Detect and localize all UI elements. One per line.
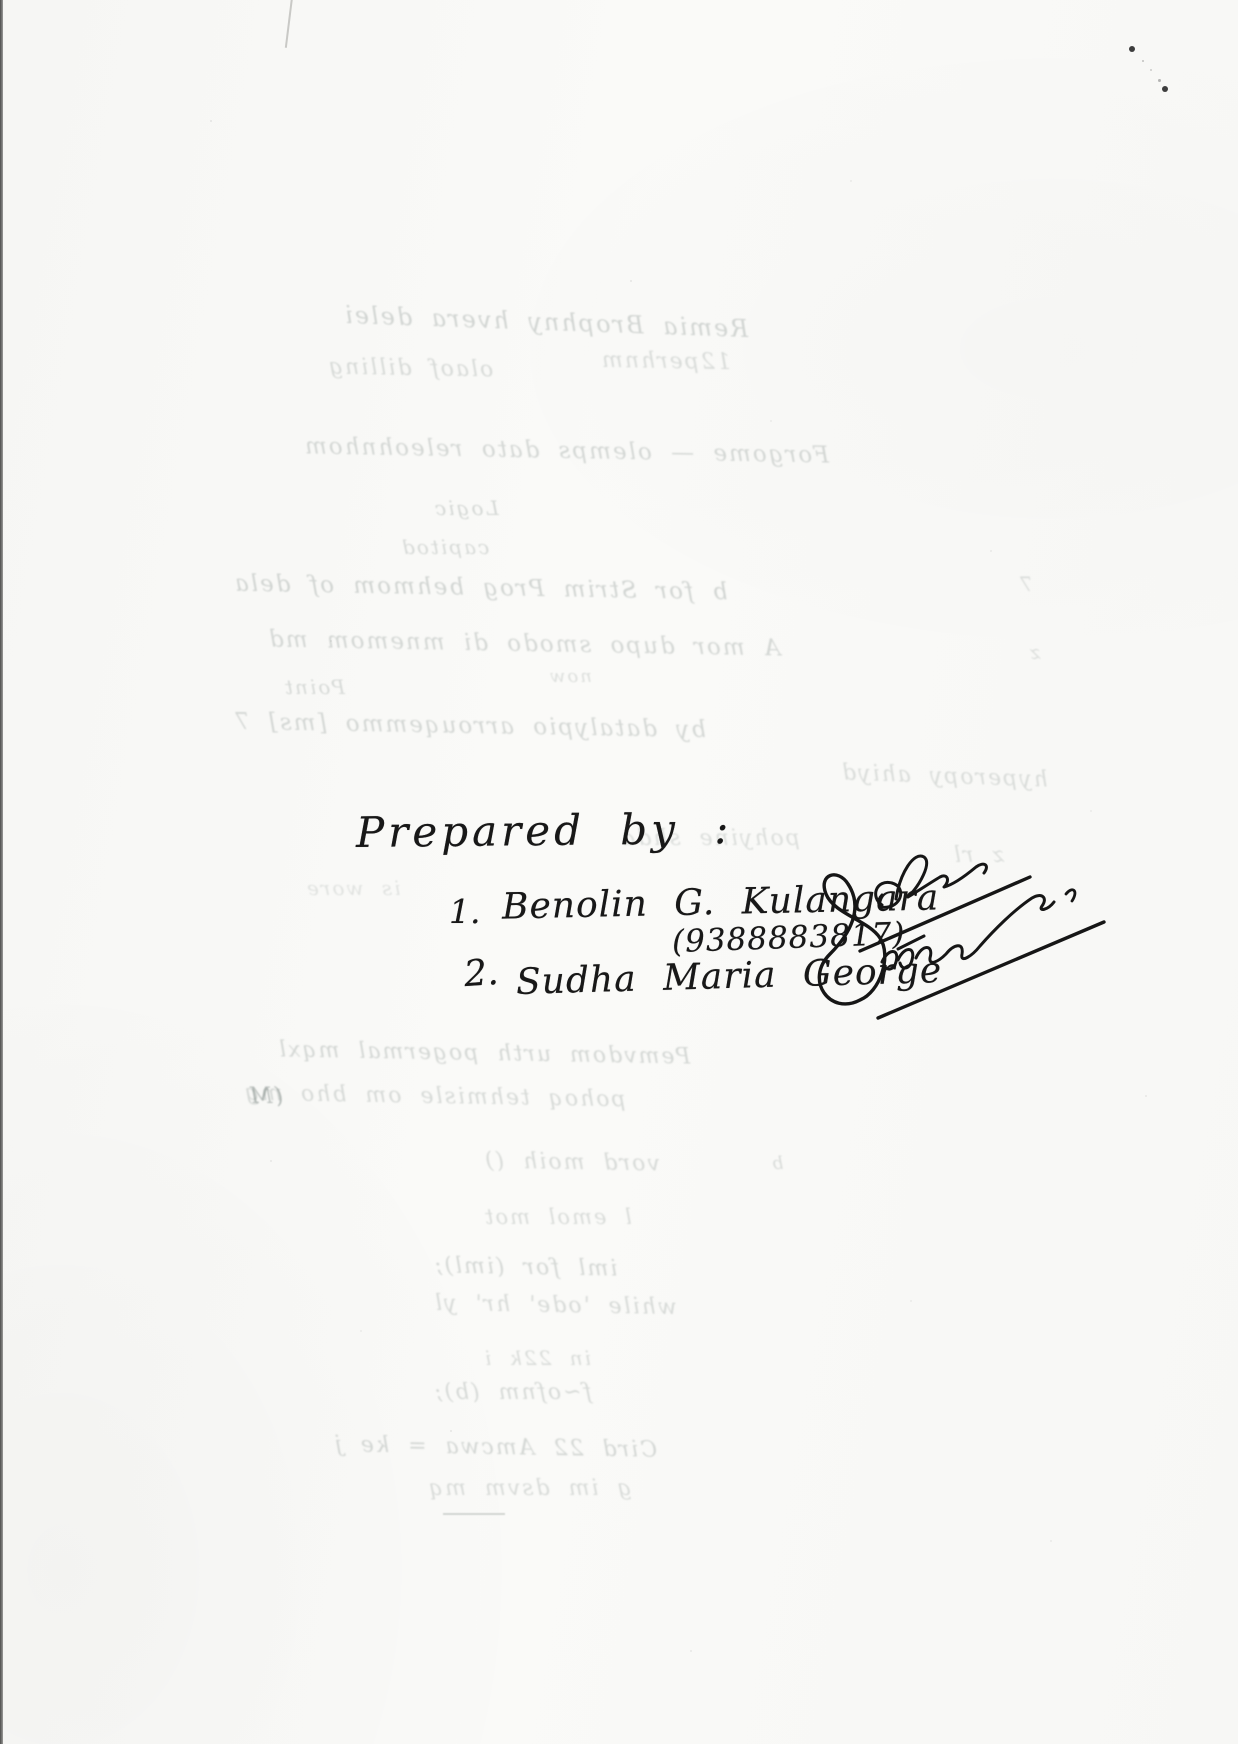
author-2-number: 2. bbox=[463, 952, 500, 995]
ink-dot bbox=[1142, 60, 1145, 63]
bleed-through-line: Logic bbox=[433, 496, 499, 520]
scan-left-edge bbox=[0, 0, 3, 1744]
bleed-through-line: iml for (iml); bbox=[433, 1253, 618, 1281]
bleed-through-line: b for Strim Prog behmom of dela bbox=[233, 571, 728, 606]
ink-dot bbox=[1162, 86, 1168, 92]
scratch-mark bbox=[285, 0, 293, 48]
prepared-by-label: Prepared by : bbox=[356, 804, 733, 857]
bleed-through-line: Forgome — olemps dato releohnhom bbox=[303, 433, 829, 468]
bleed-through-underline bbox=[443, 1513, 505, 1515]
bleed-through-line: (M bbox=[248, 1084, 283, 1109]
scanned-page: Remia Brophny hvera deleiolaof dilling12… bbox=[0, 0, 1238, 1744]
ink-dot bbox=[1150, 69, 1152, 71]
bleed-through-line: Cird 22 Amcwa = ke j bbox=[333, 1432, 657, 1463]
bleed-through-line: is wore bbox=[305, 876, 401, 900]
bleed-through-line: olaof dilling bbox=[327, 355, 494, 383]
bleed-through-line: capitod bbox=[400, 535, 489, 559]
bleed-through-line: A mor dupo smodo di mnemom md bbox=[267, 627, 781, 662]
paper-speckles bbox=[210, 120, 212, 122]
author-1-number: 1. bbox=[449, 892, 481, 931]
bleed-through-line: vord moih () bbox=[483, 1148, 660, 1176]
bleed-through-line: z bbox=[1028, 640, 1041, 664]
bleed-through-line: Point bbox=[283, 675, 345, 699]
bleed-through-line: g im dsvm mq bbox=[427, 1476, 632, 1501]
ink-dot bbox=[1129, 46, 1135, 52]
bleed-through-line: f~ofnm (b); bbox=[433, 1380, 592, 1405]
bleed-through-line: hyperopy ahiyd bbox=[840, 760, 1049, 792]
bleed-through-line: 12perhnm bbox=[600, 348, 731, 375]
bleed-through-line: Remia Brophny hvera delei bbox=[343, 301, 749, 343]
bleed-through-line: 7 bbox=[1018, 572, 1033, 596]
bleed-through-line: Pemvdom urth pogermal mqxl bbox=[277, 1037, 691, 1069]
bleed-through-line: b bbox=[770, 1153, 784, 1174]
bleed-through-line: while 'ode' hr' yl bbox=[433, 1291, 677, 1320]
bleed-through-line: now bbox=[548, 666, 592, 687]
bleed-through-line: pohoq tehmisle om bho mg bbox=[243, 1081, 626, 1113]
ink-dot bbox=[1158, 79, 1161, 82]
bleed-through-line: by datalypio arrouqemmo [ms] 7 bbox=[233, 709, 706, 743]
bleed-through-line: l emol mot bbox=[483, 1205, 632, 1229]
sudha-signature bbox=[782, 850, 1127, 1025]
bleed-through-line: in 22k i bbox=[483, 1346, 591, 1370]
